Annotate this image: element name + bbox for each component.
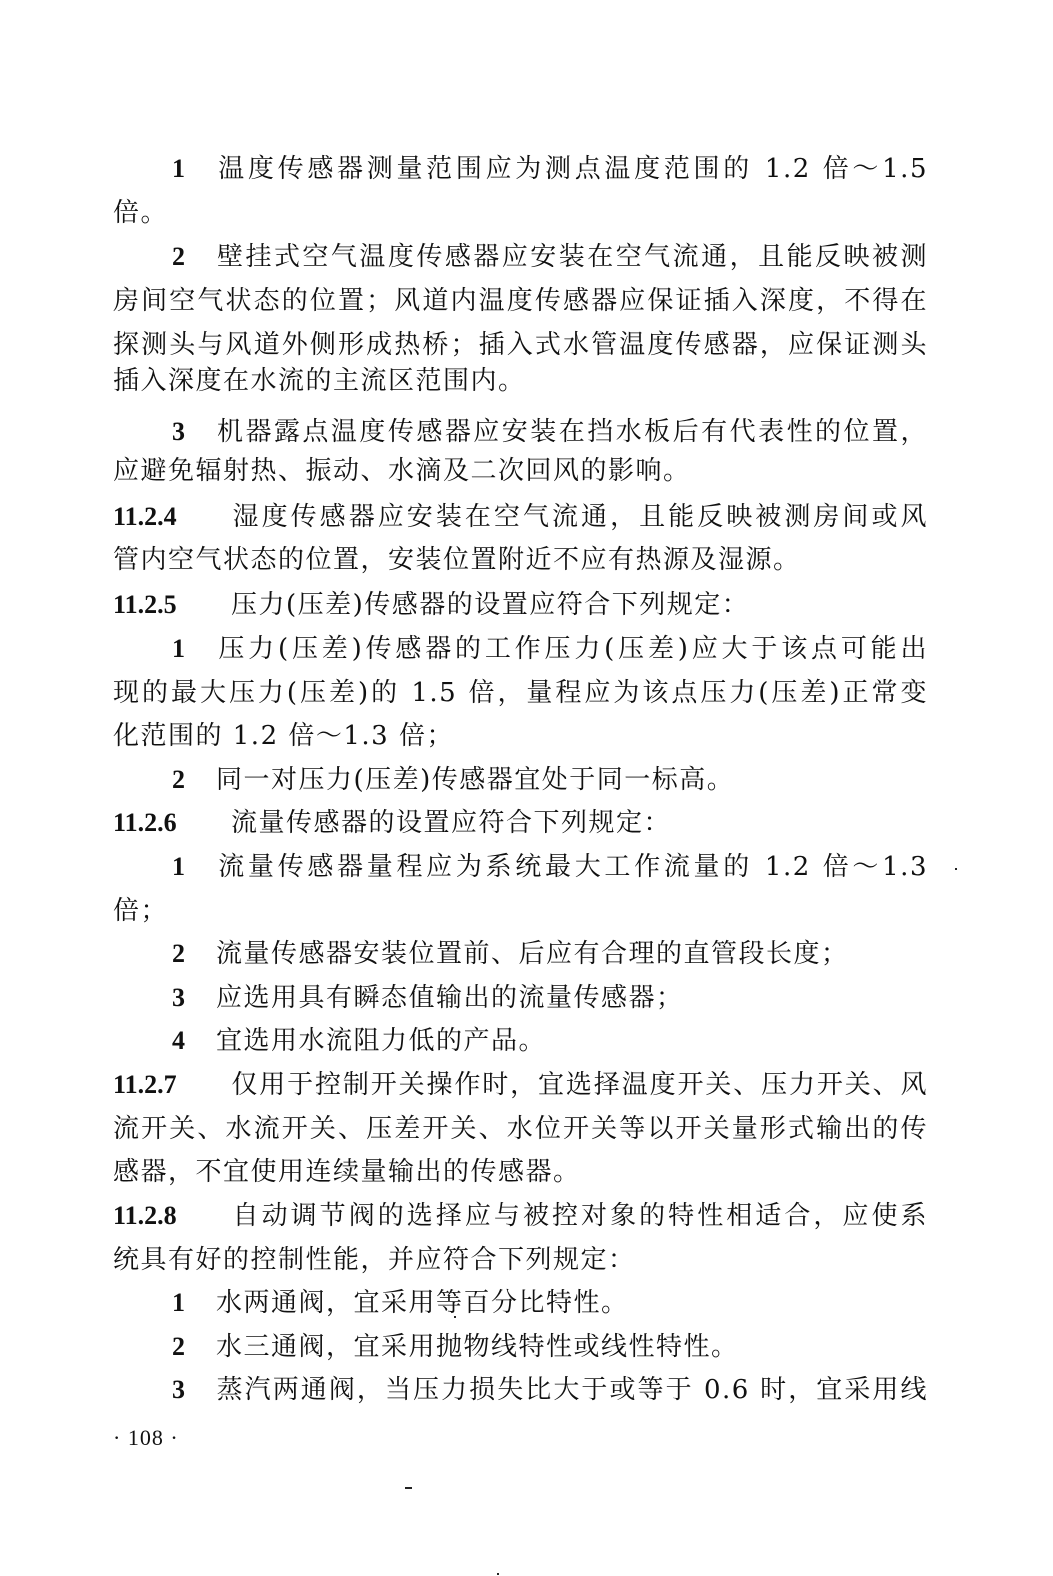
item-number: 1 <box>172 847 216 887</box>
item-number: 1 <box>172 629 216 669</box>
clause-number: 11.2.7 <box>113 1065 231 1105</box>
item-number: 1 <box>172 149 216 189</box>
continuation-line: 流开关、水流开关、压差开关、水位开关等以开关量形式输出的传 <box>113 1109 928 1149</box>
continuation-line: 倍。 <box>113 193 928 233</box>
list-item-line: 3应选用具有瞬态值输出的流量传感器； <box>172 978 928 1018</box>
line-text: 化范围的 1.2 倍～1.3 倍； <box>113 721 454 751</box>
item-number: 1 <box>172 1283 216 1323</box>
scan-speck <box>405 1487 412 1489</box>
scan-speck <box>454 1316 456 1318</box>
list-item-line: 3蒸汽两通阀，当压力损失比大于或等于 0.6 时，宜采用线 <box>172 1370 928 1410</box>
item-number: 3 <box>172 1370 216 1410</box>
list-item-line: 1水两通阀，宜采用等百分比特性。 <box>172 1283 928 1323</box>
line-text: 管内空气状态的位置，安装位置附近不应有热源及湿源。 <box>113 545 801 575</box>
clause-number: 11.2.4 <box>113 497 231 537</box>
continuation-line: 化范围的 1.2 倍～1.3 倍； <box>113 716 928 756</box>
clause-text: 仅用于控制开关操作时，宜选择温度开关、压力开关、风 <box>231 1070 928 1100</box>
item-text: 应选用具有瞬态值输出的流量传感器； <box>216 983 684 1013</box>
item-text: 压力(压差)传感器的工作压力(压差)应大于该点可能出 <box>216 634 928 664</box>
document-page: 1温度传感器测量范围应为测点温度范围的 1.2 倍～1.5 倍。 2壁挂式空气温… <box>0 0 1053 1576</box>
item-number: 3 <box>172 978 216 1018</box>
continuation-line: 管内空气状态的位置，安装位置附近不应有热源及湿源。 <box>113 540 928 580</box>
line-text: 插入深度在水流的主流区范围内。 <box>113 366 526 396</box>
continuation-line: 现的最大压力(压差)的 1.5 倍，量程应为该点压力(压差)正常变 <box>113 673 928 713</box>
line-text: 统具有好的控制性能，并应符合下列规定： <box>113 1245 636 1275</box>
item-number: 2 <box>172 934 216 974</box>
item-number: 2 <box>172 237 216 277</box>
clause-number: 11.2.8 <box>113 1196 231 1236</box>
clause-number: 11.2.6 <box>113 803 231 843</box>
continuation-line: 统具有好的控制性能，并应符合下列规定： <box>113 1240 928 1280</box>
item-text: 同一对压力(压差)传感器宜处于同一标高。 <box>216 765 734 795</box>
item-text: 宜选用水流阻力低的产品。 <box>216 1026 546 1056</box>
clause-text: 湿度传感器应安装在空气流通，且能反映被测房间或风 <box>231 502 928 532</box>
continuation-line: 插入深度在水流的主流区范围内。 <box>113 361 928 401</box>
scan-speck <box>497 1573 499 1575</box>
line-text: 现的最大压力(压差)的 1.5 倍，量程应为该点压力(压差)正常变 <box>113 678 928 708</box>
item-number: 4 <box>172 1021 216 1061</box>
scan-speck <box>955 868 957 870</box>
clause-text: 压力(压差)传感器的设置应符合下列规定： <box>231 590 749 620</box>
clause-number: 11.2.5 <box>113 585 231 625</box>
line-text: 应避免辐射热、振动、水滴及二次回风的影响。 <box>113 456 691 486</box>
clause-line: 11.2.4湿度传感器应安装在空气流通，且能反映被测房间或风 <box>113 497 928 537</box>
list-item-line: 3机器露点温度传感器应安装在挡水板后有代表性的位置， <box>172 412 928 452</box>
line-text: 探测头与风道外侧形成热桥；插入式水管温度传感器，应保证测头 <box>113 330 928 360</box>
continuation-line: 探测头与风道外侧形成热桥；插入式水管温度传感器，应保证测头 <box>113 325 928 365</box>
list-item-line: 1温度传感器测量范围应为测点温度范围的 1.2 倍～1.5 <box>172 149 928 189</box>
line-text: 倍。 <box>113 198 168 228</box>
list-item-line: 2流量传感器安装位置前、后应有合理的直管段长度； <box>172 934 928 974</box>
line-text: 倍； <box>113 896 168 926</box>
line-text: 感器，不宜使用连续量输出的传感器。 <box>113 1157 581 1187</box>
item-text: 水三通阀，宜采用抛物线特性或线性特性。 <box>216 1332 739 1362</box>
item-text: 流量传感器量程应为系统最大工作流量的 1.2 倍～1.3 <box>216 852 928 882</box>
list-item-line: 1流量传感器量程应为系统最大工作流量的 1.2 倍～1.3 <box>172 847 928 887</box>
clause-text: 流量传感器的设置应符合下列规定： <box>231 808 671 838</box>
list-item-line: 2壁挂式空气温度传感器应安装在空气流通，且能反映被测 <box>172 237 928 277</box>
item-number: 3 <box>172 412 216 452</box>
clause-line: 11.2.5压力(压差)传感器的设置应符合下列规定： <box>113 585 928 625</box>
continuation-line: 房间空气状态的位置；风道内温度传感器应保证插入深度，不得在 <box>113 281 928 321</box>
continuation-line: 应避免辐射热、振动、水滴及二次回风的影响。 <box>113 451 928 491</box>
clause-line: 11.2.8自动调节阀的选择应与被控对象的特性相适合，应使系 <box>113 1196 928 1236</box>
item-number: 2 <box>172 760 216 800</box>
item-text: 机器露点温度传感器应安装在挡水板后有代表性的位置， <box>216 417 928 447</box>
item-text: 温度传感器测量范围应为测点温度范围的 1.2 倍～1.5 <box>216 154 928 184</box>
item-number: 2 <box>172 1327 216 1367</box>
line-text: 流开关、水流开关、压差开关、水位开关等以开关量形式输出的传 <box>113 1114 928 1144</box>
list-item-line: 4宜选用水流阻力低的产品。 <box>172 1021 928 1061</box>
list-item-line: 2水三通阀，宜采用抛物线特性或线性特性。 <box>172 1327 928 1367</box>
page-number: · 108 · <box>113 1418 179 1458</box>
continuation-line: 倍； <box>113 891 928 931</box>
clause-line: 11.2.7仅用于控制开关操作时，宜选择温度开关、压力开关、风 <box>113 1065 928 1105</box>
item-text: 流量传感器安装位置前、后应有合理的直管段长度； <box>216 939 849 969</box>
clause-line: 11.2.6流量传感器的设置应符合下列规定： <box>113 803 928 843</box>
item-text: 壁挂式空气温度传感器应安装在空气流通，且能反映被测 <box>216 242 928 272</box>
item-text: 水两通阀，宜采用等百分比特性。 <box>216 1288 629 1318</box>
item-text: 蒸汽两通阀，当压力损失比大于或等于 0.6 时，宜采用线 <box>216 1375 928 1405</box>
clause-text: 自动调节阀的选择应与被控对象的特性相适合，应使系 <box>231 1201 928 1231</box>
list-item-line: 2同一对压力(压差)传感器宜处于同一标高。 <box>172 760 928 800</box>
line-text: 房间空气状态的位置；风道内温度传感器应保证插入深度，不得在 <box>113 286 928 316</box>
continuation-line: 感器，不宜使用连续量输出的传感器。 <box>113 1152 928 1192</box>
list-item-line: 1压力(压差)传感器的工作压力(压差)应大于该点可能出 <box>172 629 928 669</box>
